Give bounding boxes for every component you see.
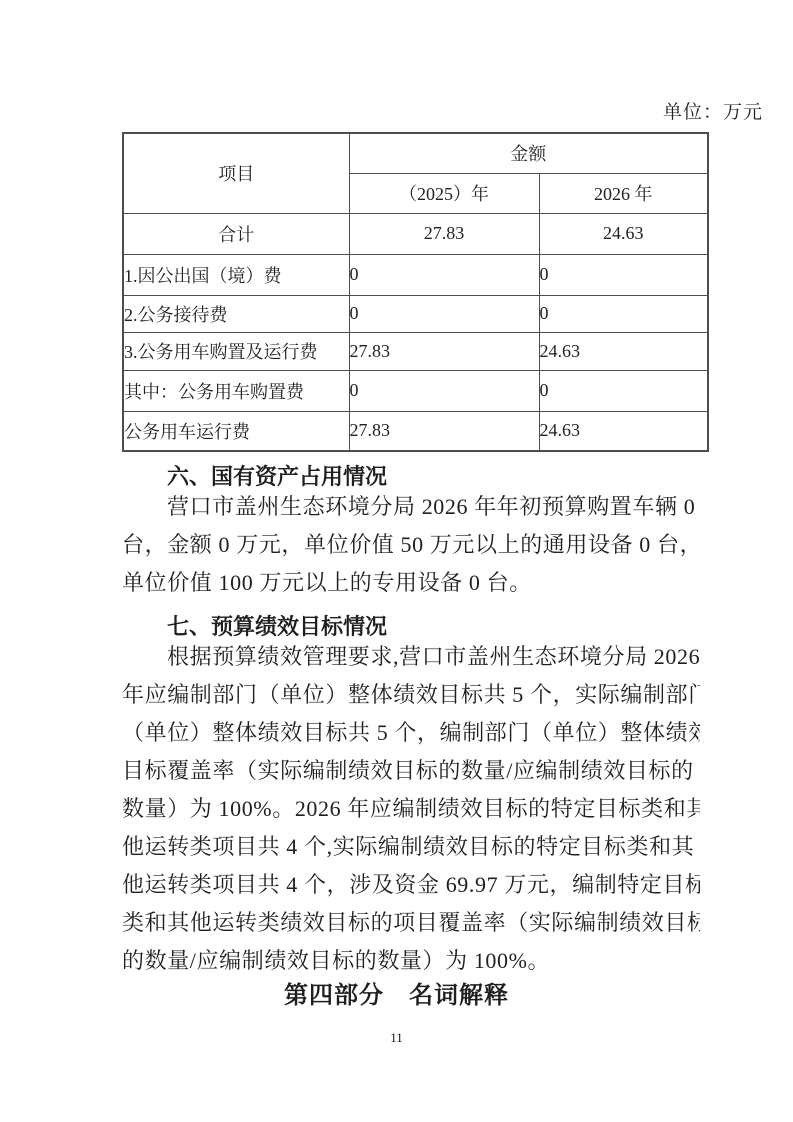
section-six-heading: 六、国有资产占用情况 xyxy=(122,460,767,491)
text-line: 单位价值 100 万元以上的专用设备 0 台。 xyxy=(122,564,700,602)
table-row: 公务用车运行费 27.83 24.63 xyxy=(123,411,708,451)
col-2025-header: （2025）年 xyxy=(349,173,539,213)
text-line: 他运转类项目共 4 个,实际编制绩效目标的特定目标类和其 xyxy=(122,828,700,866)
col-2026-header: 2026 年 xyxy=(539,173,708,213)
text-line: 台，金额 0 万元，单位价值 50 万元以上的通用设备 0 台， xyxy=(122,526,700,564)
col-item-header: 项目 xyxy=(123,133,349,213)
section-seven-heading: 七、预算绩效目标情况 xyxy=(122,610,767,641)
value-2026-cell: 0 xyxy=(539,370,708,411)
expense-table: 项目 金额 （2025）年 2026 年 合计 27.83 24.63 1.因公… xyxy=(122,132,709,452)
row-label-cell: 公务用车运行费 xyxy=(123,411,349,451)
table-row: 其中：公务用车购置费 0 0 xyxy=(123,370,708,411)
value-2025-cell: 27.83 xyxy=(349,332,539,370)
unit-label: 单位：万元 xyxy=(663,97,763,124)
row-label-cell: 3.公务用车购置及运行费 xyxy=(123,332,349,370)
table-row: 3.公务用车购置及运行费 27.83 24.63 xyxy=(123,332,708,370)
value-2025-cell: 0 xyxy=(349,254,539,295)
row-label-cell: 2.公务接待费 xyxy=(123,295,349,332)
text-line: 营口市盖州生态环境分局 2026 年年初预算购置车辆 0 xyxy=(122,488,700,526)
value-2026-cell: 0 xyxy=(539,254,708,295)
value-2025-cell: 27.83 xyxy=(349,411,539,451)
table-row: 合计 27.83 24.63 xyxy=(123,213,708,254)
value-2026-cell: 24.63 xyxy=(539,213,708,254)
table-row: 2.公务接待费 0 0 xyxy=(123,295,708,332)
text-line: 类和其他运转类绩效目标的项目覆盖率（实际编制绩效目标 xyxy=(122,904,700,942)
value-2026-cell: 24.63 xyxy=(539,332,708,370)
page-number: 11 xyxy=(0,1030,793,1046)
value-2026-cell: 0 xyxy=(539,295,708,332)
section-six-paragraph: 营口市盖州生态环境分局 2026 年年初预算购置车辆 0 台，金额 0 万元，单… xyxy=(122,488,700,602)
row-label-cell: 合计 xyxy=(123,213,349,254)
table-row: 1.因公出国（境）费 0 0 xyxy=(123,254,708,295)
value-2026-cell: 24.63 xyxy=(539,411,708,451)
document-page: 单位：万元 项目 金额 （2025）年 2026 年 合计 27.83 24.6… xyxy=(0,0,793,1122)
value-2025-cell: 0 xyxy=(349,370,539,411)
value-2025-cell: 27.83 xyxy=(349,213,539,254)
col-amount-header: 金额 xyxy=(349,133,708,173)
text-line: 根据预算绩效管理要求,营口市盖州生态环境分局 2026 xyxy=(122,638,700,676)
text-line: 年应编制部门（单位）整体绩效目标共 5 个，实际编制部门 xyxy=(122,676,700,714)
row-label-cell: 其中：公务用车购置费 xyxy=(123,370,349,411)
part-four-heading: 第四部分 名词解释 xyxy=(0,975,793,1010)
text-line: 他运转类项目共 4 个，涉及资金 69.97 万元，编制特定目标 xyxy=(122,866,700,904)
section-seven-paragraph: 根据预算绩效管理要求,营口市盖州生态环境分局 2026 年应编制部门（单位）整体… xyxy=(122,638,700,980)
text-line: （单位）整体绩效目标共 5 个，编制部门（单位）整体绩效 xyxy=(122,714,700,752)
row-label-cell: 1.因公出国（境）费 xyxy=(123,254,349,295)
text-line: 目标覆盖率（实际编制绩效目标的数量/应编制绩效目标的 xyxy=(122,752,700,790)
value-2025-cell: 0 xyxy=(349,295,539,332)
text-line: 数量）为 100%。2026 年应编制绩效目标的特定目标类和其 xyxy=(122,790,700,828)
